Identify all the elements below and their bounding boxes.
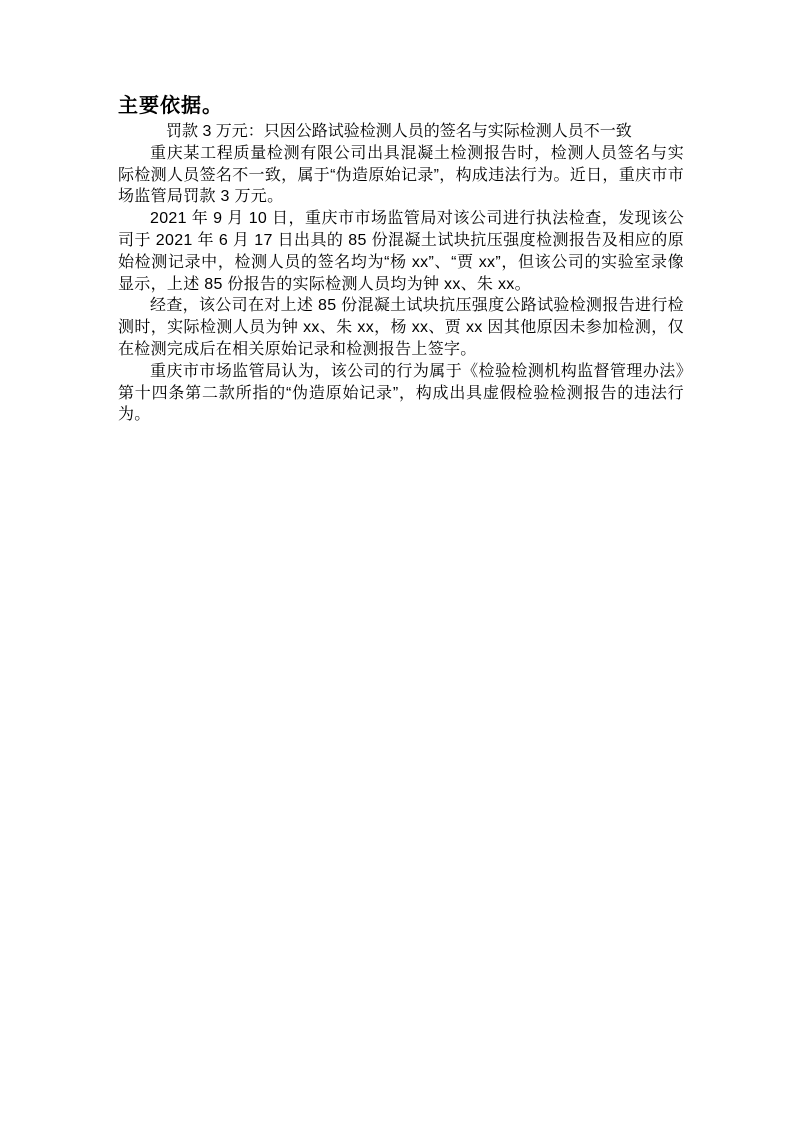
paragraph-investigation-details: 经查，该公司在对上述 85 份混凝土试块抗压强度公路试验检测报告进行检测时，实际…	[118, 295, 684, 360]
section-heading: 主要依据。	[118, 94, 684, 118]
paragraph-inspection-findings: 2021 年 9 月 10 日，重庆市市场监管局对该公司进行执法检查，发现该公司…	[118, 208, 684, 295]
paragraph-legal-conclusion: 重庆市市场监管局认为，该公司的行为属于《检验检测机构监督管理办法》第十四条第二款…	[118, 361, 684, 426]
document-page: 主要依据。 罚款 3 万元：只因公路试验检测人员的签名与实际检测人员不一致 重庆…	[0, 0, 800, 1131]
penalty-subheadline: 罚款 3 万元：只因公路试验检测人员的签名与实际检测人员不一致	[118, 121, 684, 143]
document-body: 主要依据。 罚款 3 万元：只因公路试验检测人员的签名与实际检测人员不一致 重庆…	[118, 94, 684, 426]
paragraph-case-summary: 重庆某工程质量检测有限公司出具混凝土检测报告时，检测人员签名与实际检测人员签名不…	[118, 143, 684, 208]
